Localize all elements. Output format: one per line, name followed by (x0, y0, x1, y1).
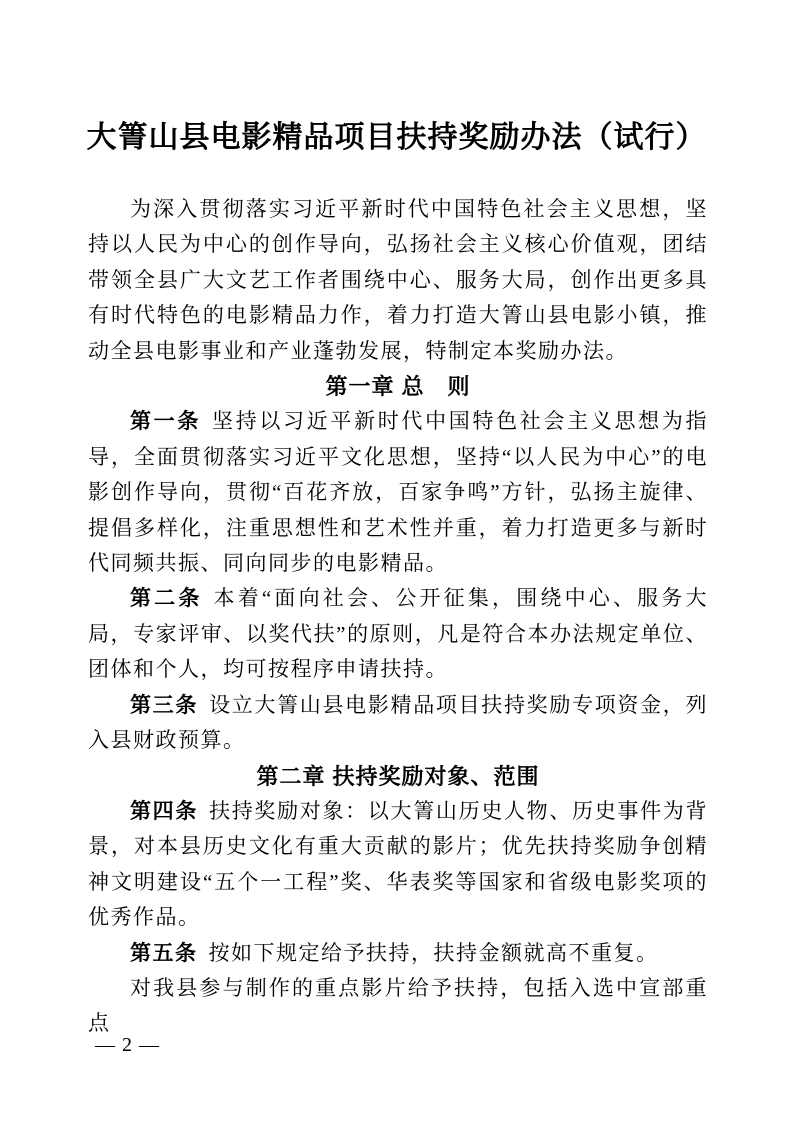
article-5-text: 按如下规定给予扶持，扶持金额就高不重复。 (209, 941, 659, 965)
document-title: 大箐山县电影精品项目扶持奖励办法（试行） (0, 112, 793, 156)
chapter-1-heading: 第一章 总 则 (88, 369, 708, 404)
chapter-2-heading: 第二章 扶持奖励对象、范围 (88, 759, 708, 794)
closing-paragraph: 对我县参与制作的重点影片给予扶持，包括入选中宣部重点 (88, 971, 708, 1042)
document-page: 大箐山县电影精品项目扶持奖励办法（试行） 为深入贯彻落实习近平新时代中国特色社会… (0, 0, 793, 1122)
article-1-number: 第一条 (130, 409, 201, 433)
article-2-number: 第二条 (130, 586, 203, 610)
document-body: 为深入贯彻落实习近平新时代中国特色社会主义思想，坚持以人民为中心的创作导向，弘扬… (88, 192, 708, 1042)
article-3-number: 第三条 (130, 693, 198, 717)
article-1-paragraph: 第一条坚持以习近平新时代中国特色社会主义思想为指导，全面贯彻落实习近平文化思想，… (88, 404, 708, 581)
article-2-paragraph: 第二条本着“面向社会、公开征集，围绕中心、服务大局，专家评审、以奖代扶”的原则，… (88, 581, 708, 687)
article-5-paragraph: 第五条按如下规定给予扶持，扶持金额就高不重复。 (88, 936, 708, 971)
article-4-paragraph: 第四条扶持奖励对象：以大箐山历史人物、历史事件为背景，对本县历史文化有重大贡献的… (88, 794, 708, 936)
article-4-number: 第四条 (130, 799, 198, 823)
page-number: — 2 — (95, 1034, 160, 1057)
article-1-text: 坚持以习近平新时代中国特色社会主义思想为指导，全面贯彻落实习近平文化思想，坚持“… (88, 409, 708, 575)
article-3-paragraph: 第三条设立大箐山县电影精品项目扶持奖励专项资金，列入县财政预算。 (88, 688, 708, 759)
article-5-number: 第五条 (130, 941, 198, 965)
intro-paragraph: 为深入贯彻落实习近平新时代中国特色社会主义思想，坚持以人民为中心的创作导向，弘扬… (88, 192, 708, 369)
